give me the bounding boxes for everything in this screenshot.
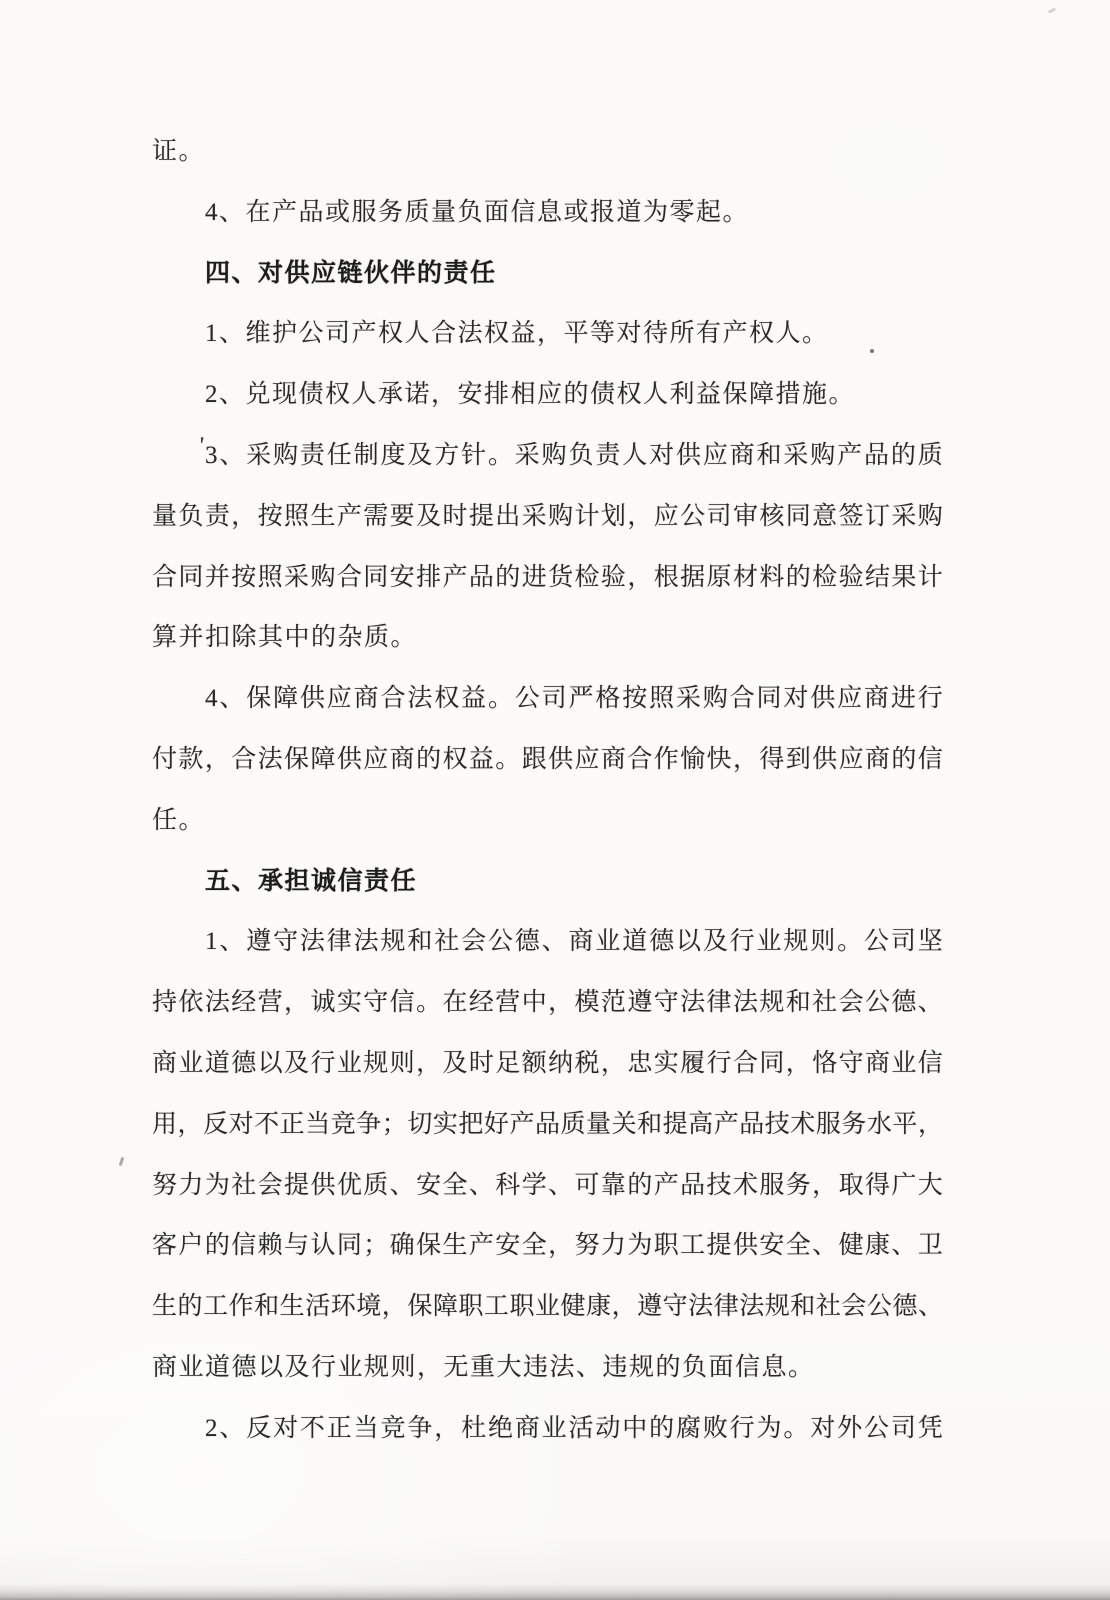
- text-line: 努力为社会提供优质、安全、科学、可靠的产品技术服务，取得广大: [152, 1156, 943, 1217]
- text-line: 2、兑现债权人承诺，安排相应的债权人利益保障措施。: [152, 365, 943, 426]
- document-text: 证。4、在产品或服务质量负面信息或报道为零起。四、对供应链伙伴的责任1、维护公司…: [152, 122, 943, 1460]
- text-line: 付款，合法保障供应商的权益。跟供应商合作愉快，得到供应商的信: [152, 730, 943, 791]
- text-line: 1、维护公司产权人合法权益，平等对待所有产权人。: [152, 304, 943, 365]
- text-line: 4、在产品或服务质量负面信息或报道为零起。: [152, 183, 943, 244]
- text-line: 用，反对不正当竞争；切实把好产品质量关和提高产品技术服务水平，: [152, 1095, 943, 1156]
- text-line: 生的工作和生活环境，保障职工职业健康，遵守法律法规和社会公德、: [152, 1277, 943, 1338]
- text-line: 商业道德以及行业规则，及时足额纳税，忠实履行合同，恪守商业信: [152, 1034, 943, 1095]
- text-line: 3、采购责任制度及方针。采购负责人对供应商和采购产品的质: [152, 426, 943, 487]
- scan-margin-tick: [119, 1157, 125, 1166]
- section-heading: 五、承担诚信责任: [152, 852, 943, 913]
- text-line: 任。: [152, 791, 943, 852]
- text-line: 持依法经营，诚实守信。在经营中，模范遵守法律法规和社会公德、: [152, 973, 943, 1034]
- section-heading: 四、对供应链伙伴的责任: [152, 244, 943, 305]
- text-line: 商业道德以及行业规则，无重大违法、违规的负面信息。: [152, 1338, 943, 1399]
- text-line: 1、遵守法律法规和社会公德、商业道德以及行业规则。公司坚: [152, 912, 943, 973]
- text-line: 证。: [152, 122, 943, 183]
- text-line: 4、保障供应商合法权益。公司严格按照采购合同对供应商进行: [152, 669, 943, 730]
- scanned-document-page: 证。4、在产品或服务质量负面信息或报道为零起。四、对供应链伙伴的责任1、维护公司…: [0, 0, 1110, 1600]
- page-bottom-scan-edge: [0, 1584, 1110, 1600]
- text-line: 量负责，按照生产需要及时提出采购计划，应公司审核同意签订采购: [152, 487, 943, 548]
- text-line: 客户的信赖与认同；确保生产安全，努力为职工提供安全、健康、卫: [152, 1216, 943, 1277]
- text-line: 合同并按照采购合同安排产品的进货检验，根据原材料的检验结果计: [152, 548, 943, 609]
- scan-speck-dot: [870, 349, 874, 353]
- text-line: 算并扣除其中的杂质。: [152, 608, 943, 669]
- scan-corner-speck: [1048, 7, 1056, 13]
- text-line: 2、反对不正当竞争，杜绝商业活动中的腐败行为。对外公司凭: [152, 1399, 943, 1460]
